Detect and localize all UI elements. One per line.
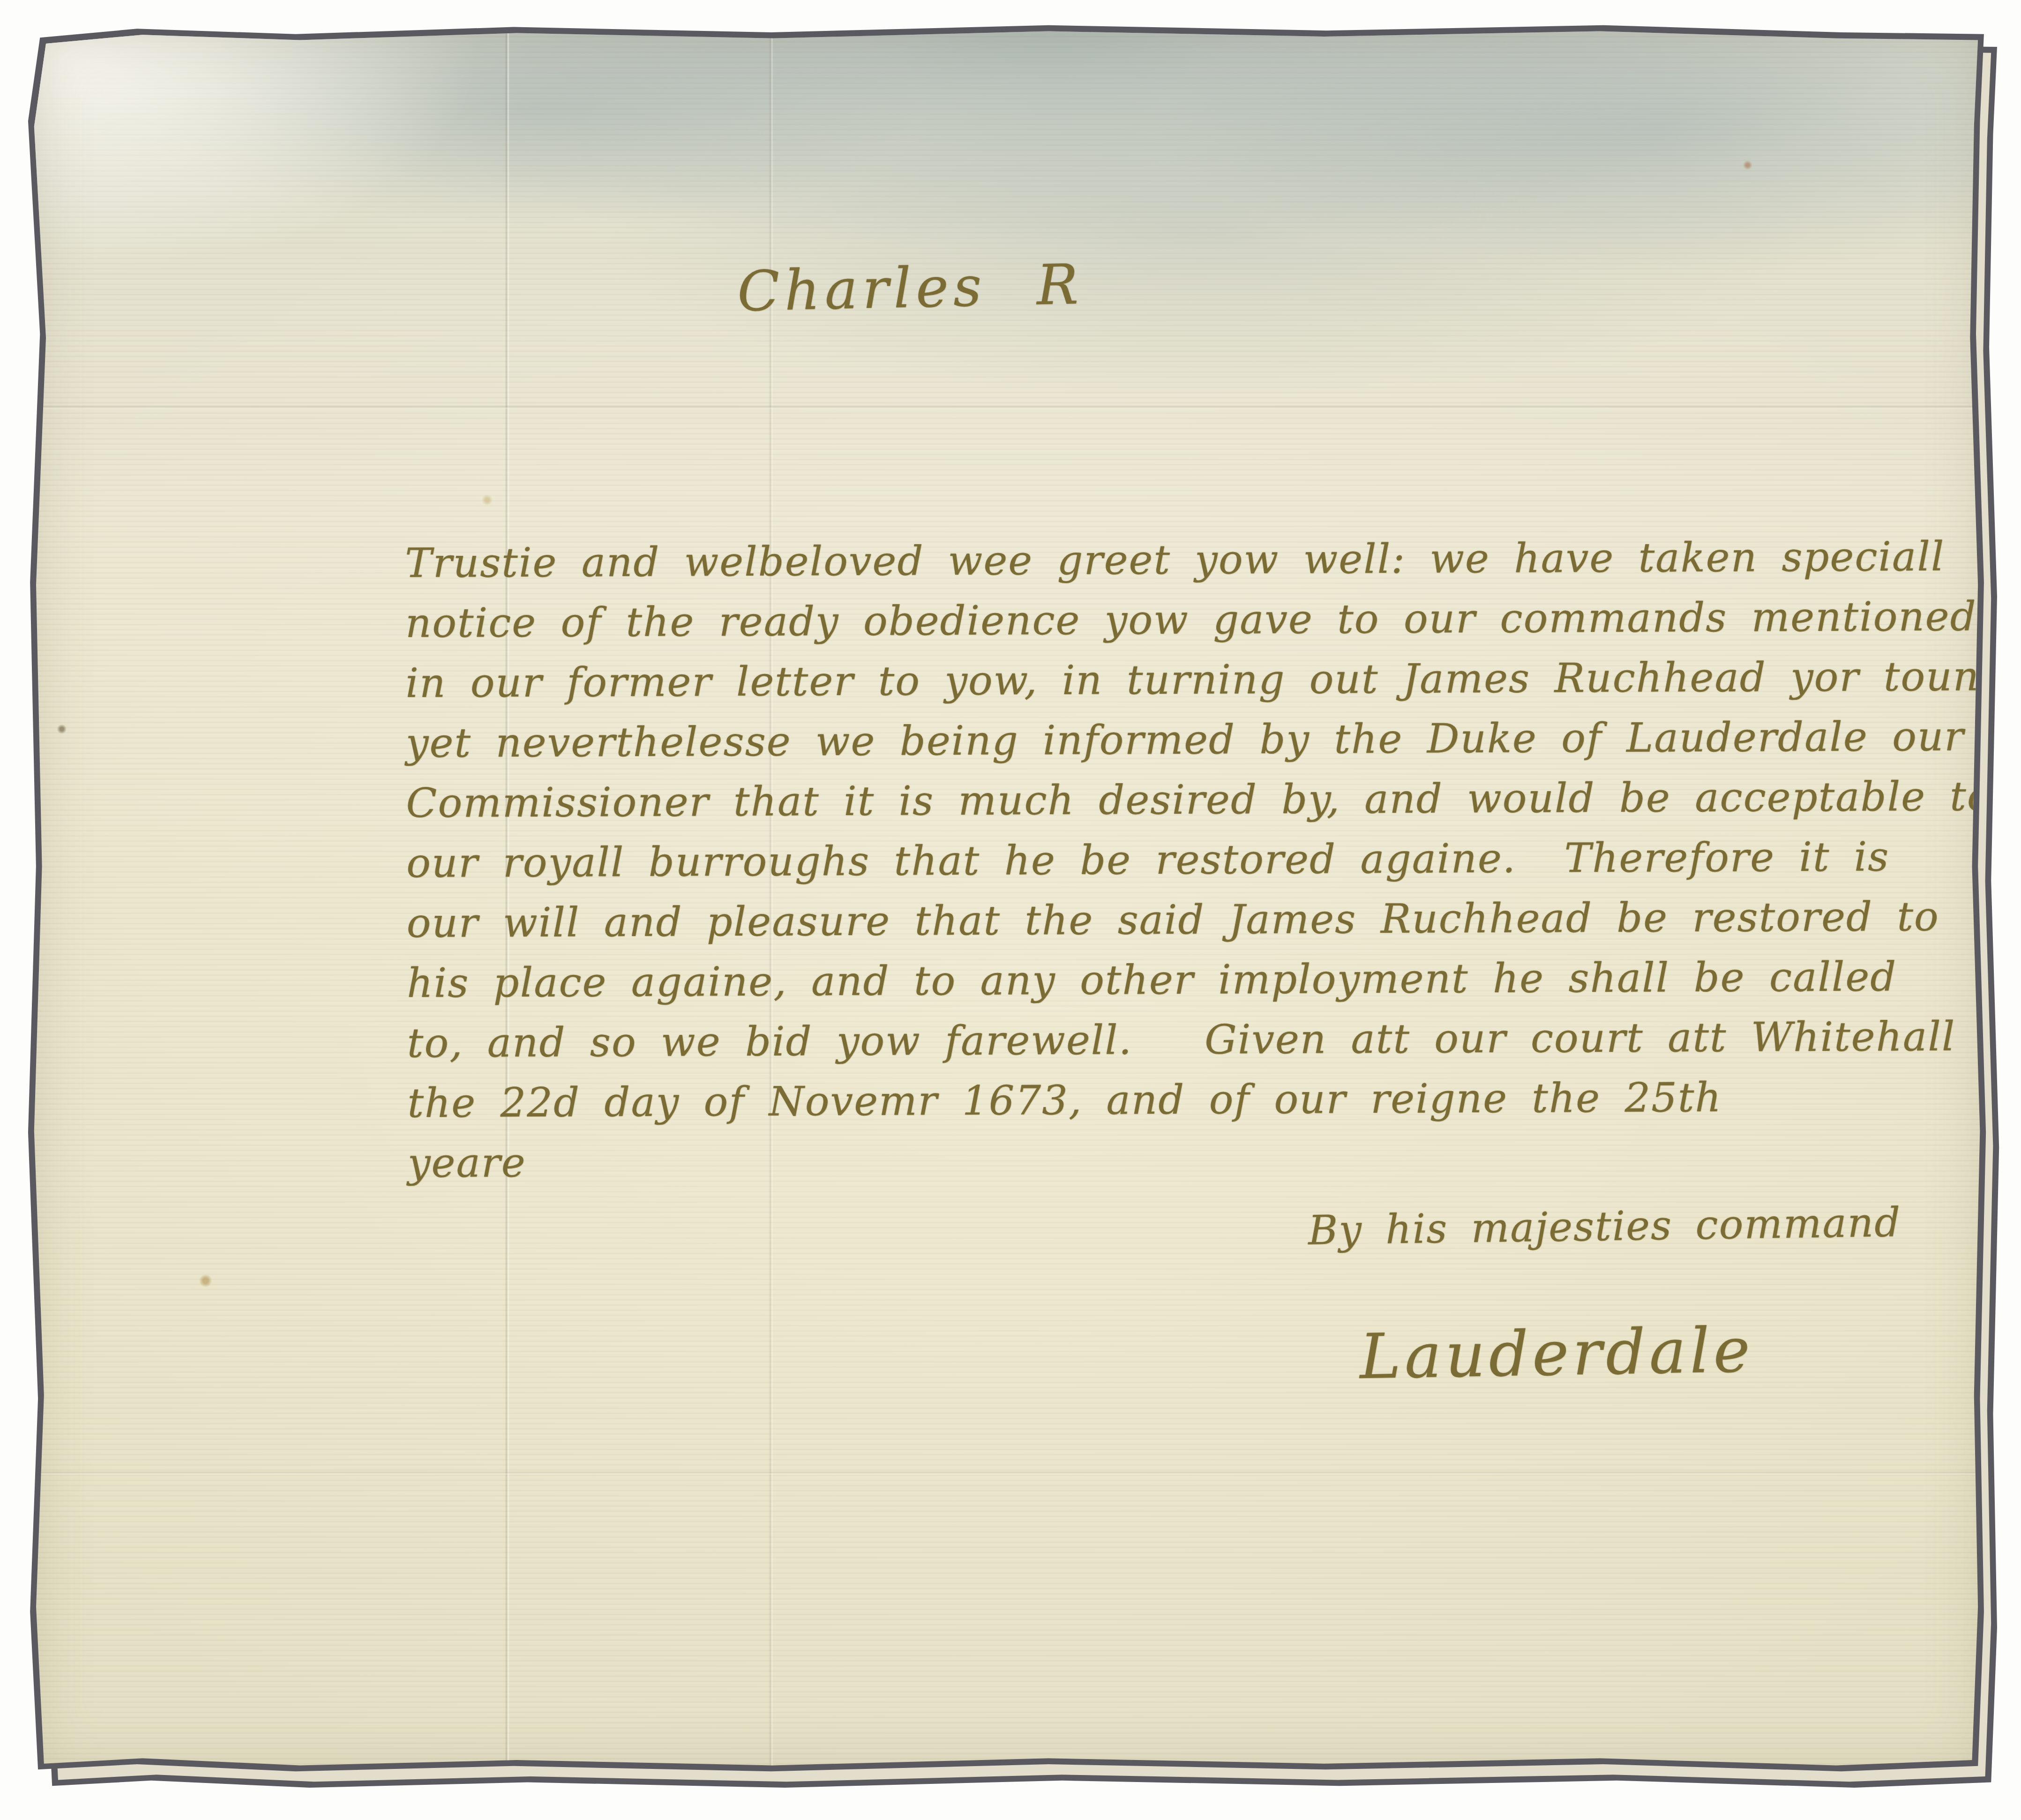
scanned-letter-scene: Charles R Trustie and welbeloved wee gre…: [0, 0, 2021, 1820]
letter-line: notice of the ready obedience yow gave t…: [405, 587, 1924, 653]
letter-line: Trustie and welbeloved wee greet yow wel…: [405, 527, 1924, 593]
letter-line: to, and so we bid yow farewell. Given at…: [407, 1007, 1925, 1073]
horizontal-fold-crease-2: [24, 1471, 1994, 1475]
royal-sign-manual-charles-r: Charles R: [737, 257, 1084, 319]
horizontal-fold-crease: [24, 405, 1994, 409]
letter-line: our royall burroughs that he be restored…: [406, 827, 1925, 893]
letter-sheet: Charles R Trustie and welbeloved wee gre…: [24, 21, 1994, 1783]
letter-sheet-edge: Charles R Trustie and welbeloved wee gre…: [18, 15, 2000, 1789]
letter-line: our will and pleasure that the said Jame…: [406, 887, 1925, 953]
letter-line: yet neverthelesse we being informed by t…: [406, 707, 1924, 773]
letter-line: in our former letter to yow, in turning …: [405, 647, 1924, 713]
letter-line: yeare: [407, 1127, 1926, 1193]
closing-by-his-majesties-command: By his majesties command: [1308, 1199, 1901, 1254]
letter-line: his place againe, and to any other implo…: [407, 947, 1925, 1013]
letter-body: Trustie and welbeloved wee greet yow wel…: [405, 527, 1926, 1193]
letter-line: the 22d day of Novemr 1673, and of our r…: [407, 1067, 1926, 1133]
letter-line: Commissioner that it is much desired by,…: [406, 767, 1924, 833]
lauderdale-signature: Lauderdale: [1359, 1314, 1754, 1393]
